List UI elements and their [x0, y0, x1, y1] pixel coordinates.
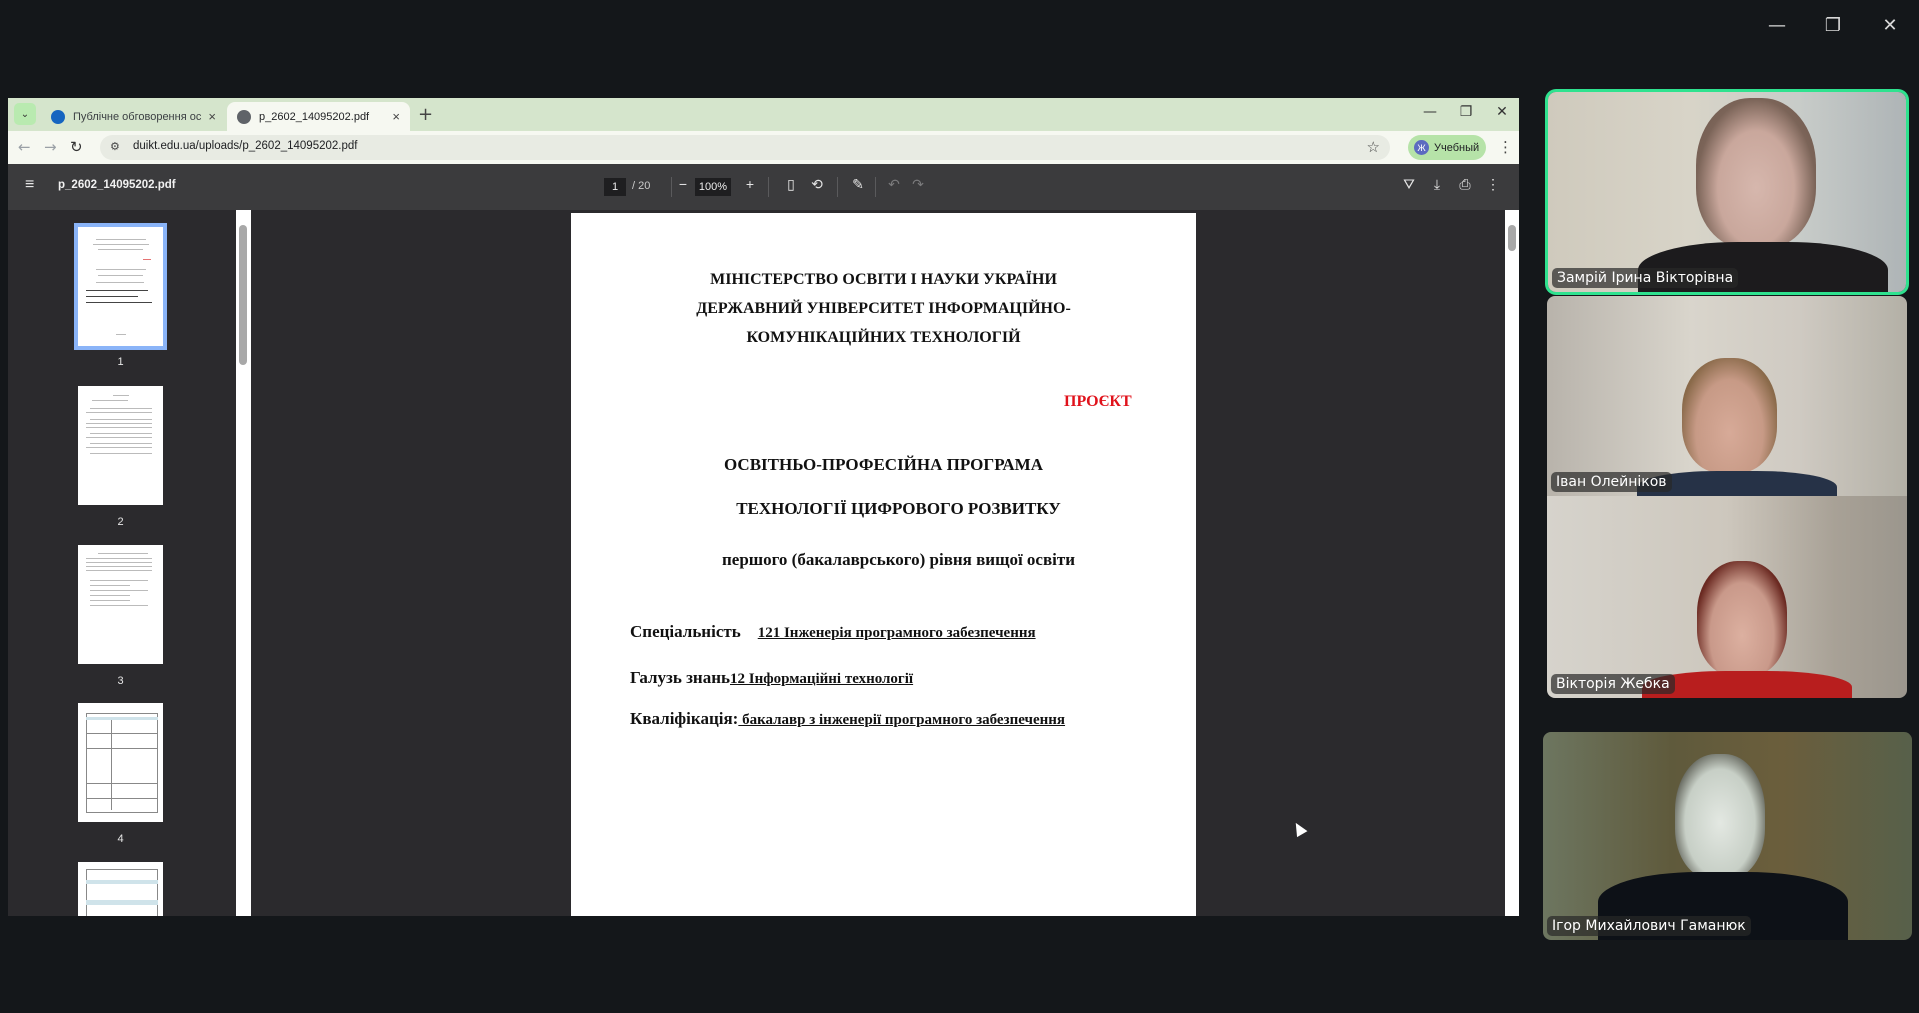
zoom-level-input[interactable]: 100%: [695, 178, 731, 196]
zoom-in-button[interactable]: +: [740, 176, 760, 192]
close-tab-icon[interactable]: ×: [208, 109, 216, 124]
reload-button[interactable]: ↻: [70, 138, 83, 156]
participant-tile[interactable]: Ігор Михайлович Гаманюк: [1543, 732, 1912, 940]
doc-header-line: КОМУНІКАЦІЙНИХ ТЕХНОЛОГІЙ: [571, 329, 1196, 347]
bookmark-star-icon[interactable]: ☆: [1367, 138, 1380, 156]
pdf-viewer: МІНІСТЕРСТВО ОСВІТИ І НАУКИ УКРАЇНИ ДЕРЖ…: [251, 210, 1505, 916]
tab-search-button[interactable]: ⌄: [14, 103, 36, 125]
pdf-filename: p_2602_14095202.pdf: [58, 179, 176, 191]
undo-icon[interactable]: ↶: [884, 176, 904, 193]
site-info-icon[interactable]: ⚙: [110, 140, 120, 153]
sidebar-toggle-icon[interactable]: ≡: [25, 176, 34, 194]
field-label: Кваліфікація:: [630, 709, 738, 728]
page-total: / 20: [632, 180, 650, 192]
field-value: бакалавр з інженерії програмного забезпе…: [738, 712, 1065, 728]
page-number-input[interactable]: 1: [604, 178, 626, 196]
field-knowledge-area: Галузь знань12 Інформаційні технології: [630, 668, 913, 688]
thumbnail-page-1[interactable]: [78, 227, 163, 346]
fit-page-icon[interactable]: ▯: [781, 176, 801, 193]
main-scrollbar[interactable]: [1505, 210, 1519, 916]
field-value: 121 Інженерія програмного забезпечення: [758, 625, 1036, 641]
participant-name: Іван Олейніков: [1551, 472, 1672, 492]
shield-globe-icon: [51, 110, 65, 124]
forward-button[interactable]: →: [44, 138, 57, 156]
field-value: 12 Інформаційні технології: [730, 671, 913, 687]
toolbar-divider: [875, 177, 876, 197]
pdf-toolbar: ≡ p_2602_14095202.pdf 1 / 20 − 100% + ▯ …: [8, 164, 1519, 210]
sidebar-scroll-thumb[interactable]: [239, 225, 247, 365]
save-to-drive-icon[interactable]: ⛛: [1399, 176, 1419, 193]
tab-strip: ⌄ Публічне обговорення освітн × p_2602_1…: [8, 98, 1519, 131]
education-level: першого (бакалаврського) рівня вищої осв…: [571, 550, 1196, 570]
field-specialty: Спеціальність 121 Інженерія програмного …: [630, 622, 1036, 642]
globe-icon: [237, 110, 251, 124]
window-minimize-button[interactable]: —: [1752, 10, 1802, 40]
pdf-page-1: МІНІСТЕРСТВО ОСВІТИ І НАУКИ УКРАЇНИ ДЕРЖ…: [571, 213, 1196, 916]
participant-tile[interactable]: Іван Олейніков: [1547, 296, 1907, 496]
browser-menu-button[interactable]: ⋮: [1498, 138, 1513, 156]
new-tab-button[interactable]: +: [418, 104, 433, 125]
thumbnail-label: 2: [78, 516, 163, 528]
window-restore-button[interactable]: ❐: [1808, 10, 1858, 40]
browser-window: ⌄ Публічне обговорення освітн × p_2602_1…: [8, 98, 1519, 916]
address-bar: ← → ↻ ⚙ duikt.edu.ua/uploads/p_2602_1409…: [8, 131, 1519, 164]
toolbar-divider: [837, 177, 838, 197]
browser-close-button[interactable]: ✕: [1487, 104, 1517, 120]
field-qualification: Кваліфікація: бакалавр з інженерії прогр…: [630, 709, 1065, 729]
thumbnail-page-5[interactable]: [78, 862, 163, 916]
participant-name: Ігор Михайлович Гаманюк: [1547, 916, 1751, 936]
profile-avatar: Ж: [1414, 140, 1429, 155]
main-scroll-thumb[interactable]: [1508, 225, 1516, 251]
thumbnail-label: 3: [78, 675, 163, 687]
thumbnail-sidebar: 1 2 3: [8, 210, 236, 916]
profile-chip[interactable]: Ж Учебный: [1408, 135, 1486, 160]
participant-name: Вікторія Жебка: [1551, 674, 1675, 694]
window-close-button[interactable]: ✕: [1865, 10, 1915, 40]
doc-header-line: МІНІСТЕРСТВО ОСВІТИ І НАУКИ УКРАЇНИ: [571, 271, 1196, 289]
thumbnail-page-3[interactable]: [78, 545, 163, 664]
participant-tile[interactable]: Замрій Ірина Вікторівна: [1548, 92, 1906, 292]
tab-title: Публічне обговорення освітн: [73, 111, 202, 123]
toolbar-divider: [768, 177, 769, 197]
url-input[interactable]: ⚙ duikt.edu.ua/uploads/p_2602_14095202.p…: [100, 135, 1390, 160]
browser-restore-button[interactable]: ❐: [1451, 104, 1481, 120]
url-text: duikt.edu.ua/uploads/p_2602_14095202.pdf: [133, 140, 357, 152]
print-icon[interactable]: ⎙: [1455, 176, 1475, 193]
download-icon[interactable]: ⤓: [1427, 176, 1447, 193]
participant-tile[interactable]: Вікторія Жебка: [1547, 496, 1907, 698]
browser-minimize-button[interactable]: —: [1415, 104, 1445, 120]
tab-public-discussion[interactable]: Публічне обговорення освітн ×: [41, 102, 226, 131]
redo-icon[interactable]: ↷: [908, 176, 928, 193]
thumbnail-page-2[interactable]: [78, 386, 163, 505]
draft-label: ПРОЄКТ: [1064, 393, 1132, 411]
more-options-icon[interactable]: ⋮: [1483, 176, 1503, 193]
participant-name: Замрій Ірина Вікторівна: [1552, 268, 1738, 288]
thumbnail-label: 1: [78, 356, 163, 368]
back-button[interactable]: ←: [18, 138, 31, 156]
thumbnail-page-4[interactable]: [78, 703, 163, 822]
thumbnail-label: 4: [78, 833, 163, 845]
program-name: ТЕХНОЛОГІЇ ЦИФРОВОГО РОЗВИТКУ: [571, 499, 1196, 519]
tab-title: p_2602_14095202.pdf: [259, 111, 386, 123]
sidebar-scrollbar[interactable]: [236, 210, 251, 916]
doc-header-line: ДЕРЖАВНИЙ УНІВЕРСИТЕТ ІНФОРМАЦІЙНО-: [571, 300, 1196, 318]
tab-pdf[interactable]: p_2602_14095202.pdf ×: [227, 102, 410, 131]
program-title: ОСВІТНЬО-ПРОФЕСІЙНА ПРОГРАМА: [571, 455, 1196, 475]
field-label: Галузь знань: [630, 668, 730, 687]
zoom-out-button[interactable]: −: [673, 176, 693, 192]
chevron-down-icon: ⌄: [21, 109, 29, 120]
annotate-icon[interactable]: ✎: [848, 176, 868, 193]
close-tab-icon[interactable]: ×: [392, 109, 400, 124]
rotate-icon[interactable]: ⟲: [807, 176, 827, 193]
profile-label: Учебный: [1434, 142, 1479, 154]
toolbar-divider: [671, 177, 672, 197]
field-label: Спеціальність: [630, 622, 741, 641]
